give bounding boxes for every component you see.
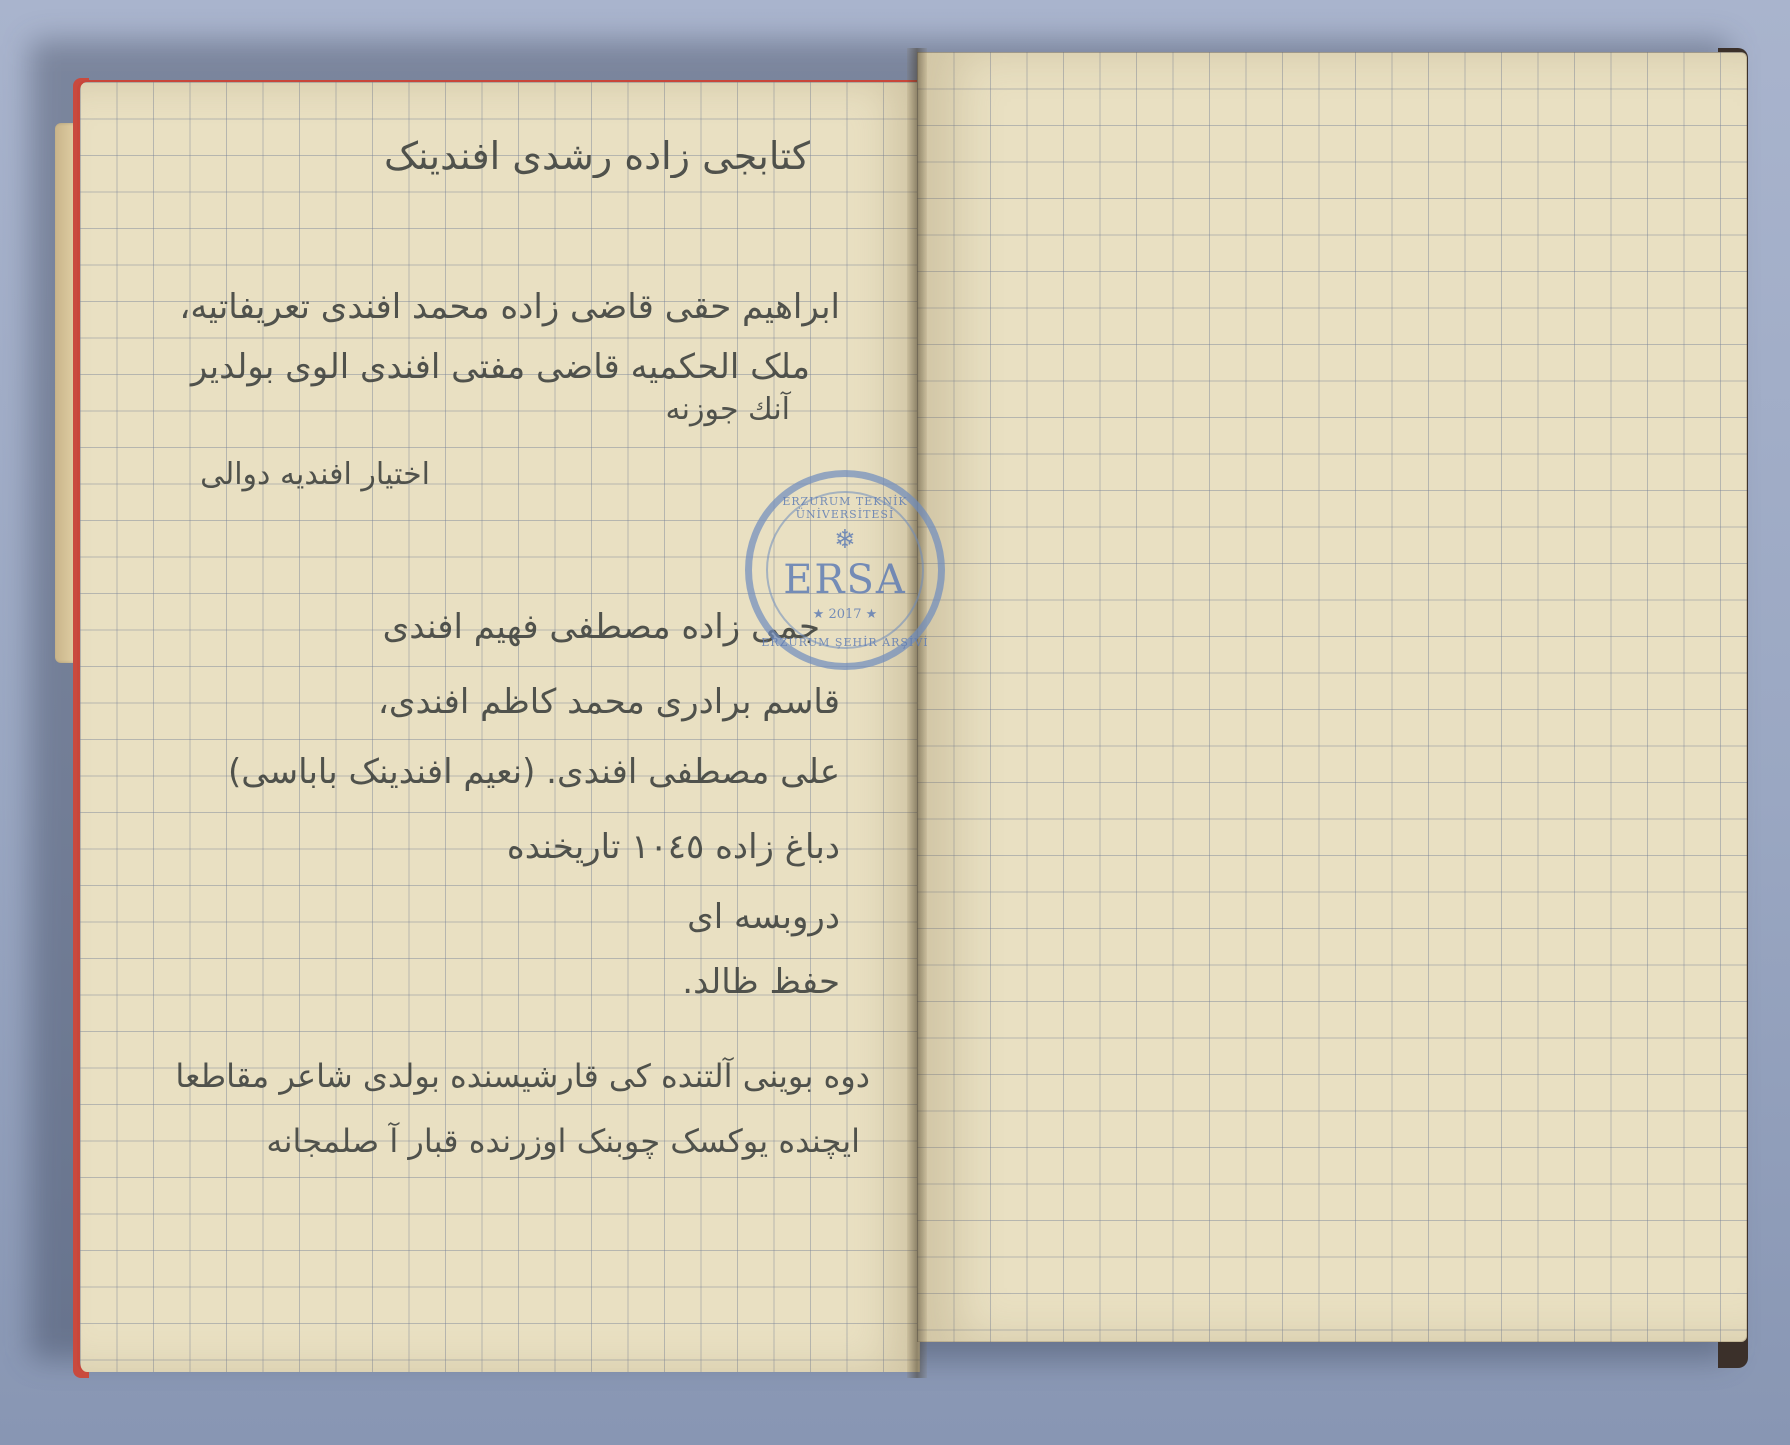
handwritten-line: آنك جوزنه: [666, 392, 790, 427]
notebook: کتابجی زاده رشدی افندینک ابراهیم حقی قاض…: [55, 48, 1740, 1388]
stamp-top-text: ERZURUM TEKNİK ÜNİVERSİTESİ: [752, 495, 938, 521]
right-page-blank: [917, 52, 1747, 1342]
snowflake-icon: ❄: [752, 525, 938, 555]
handwritten-line: علی مصطفی افندی. (نعیم افندینک باباسی): [228, 752, 840, 792]
handwritten-line: ایچنده یوکسک چوبنک اوزرنده قبار آ صلمجان…: [266, 1122, 860, 1160]
archive-stamp: ERZURUM TEKNİK ÜNİVERSİTESİ ❄ ERSA ★ 201…: [745, 470, 945, 670]
stamp-year-value: 2017: [828, 607, 861, 622]
handwritten-line: ملک الحکمیه قاضی مفتی افندی الوی بولدیر: [191, 347, 810, 387]
handwritten-line: قاسم برادری محمد کاظم افندی،: [378, 682, 840, 722]
handwritten-line: دروبسه ای: [687, 897, 840, 937]
page-title: کتابجی زاده رشدی افندینک: [384, 134, 810, 178]
notebook-gutter: [907, 48, 927, 1378]
handwritten-line: اختیار افندیه دوالی: [200, 457, 430, 492]
handwritten-line: دباغ زاده ١٠٤٥ تاریخنده: [507, 827, 840, 867]
left-page: کتابجی زاده رشدی افندینک ابراهیم حقی قاض…: [77, 80, 920, 1372]
stamp-main-text: ERSA: [752, 557, 938, 603]
handwritten-line: ابراهیم حقی قاضی زاده محمد افندی تعریفات…: [179, 287, 840, 327]
handwritten-line: دوه بوینی آلتنده کی قارشیسنده بولدی شاعر…: [175, 1057, 870, 1095]
stamp-bottom-text: ERZURUM ŞEHİR ARŞİVİ: [752, 636, 938, 649]
handwritten-line: حفظ ظالد.: [682, 962, 840, 1002]
stamp-year: ★ 2017 ★: [752, 607, 938, 622]
